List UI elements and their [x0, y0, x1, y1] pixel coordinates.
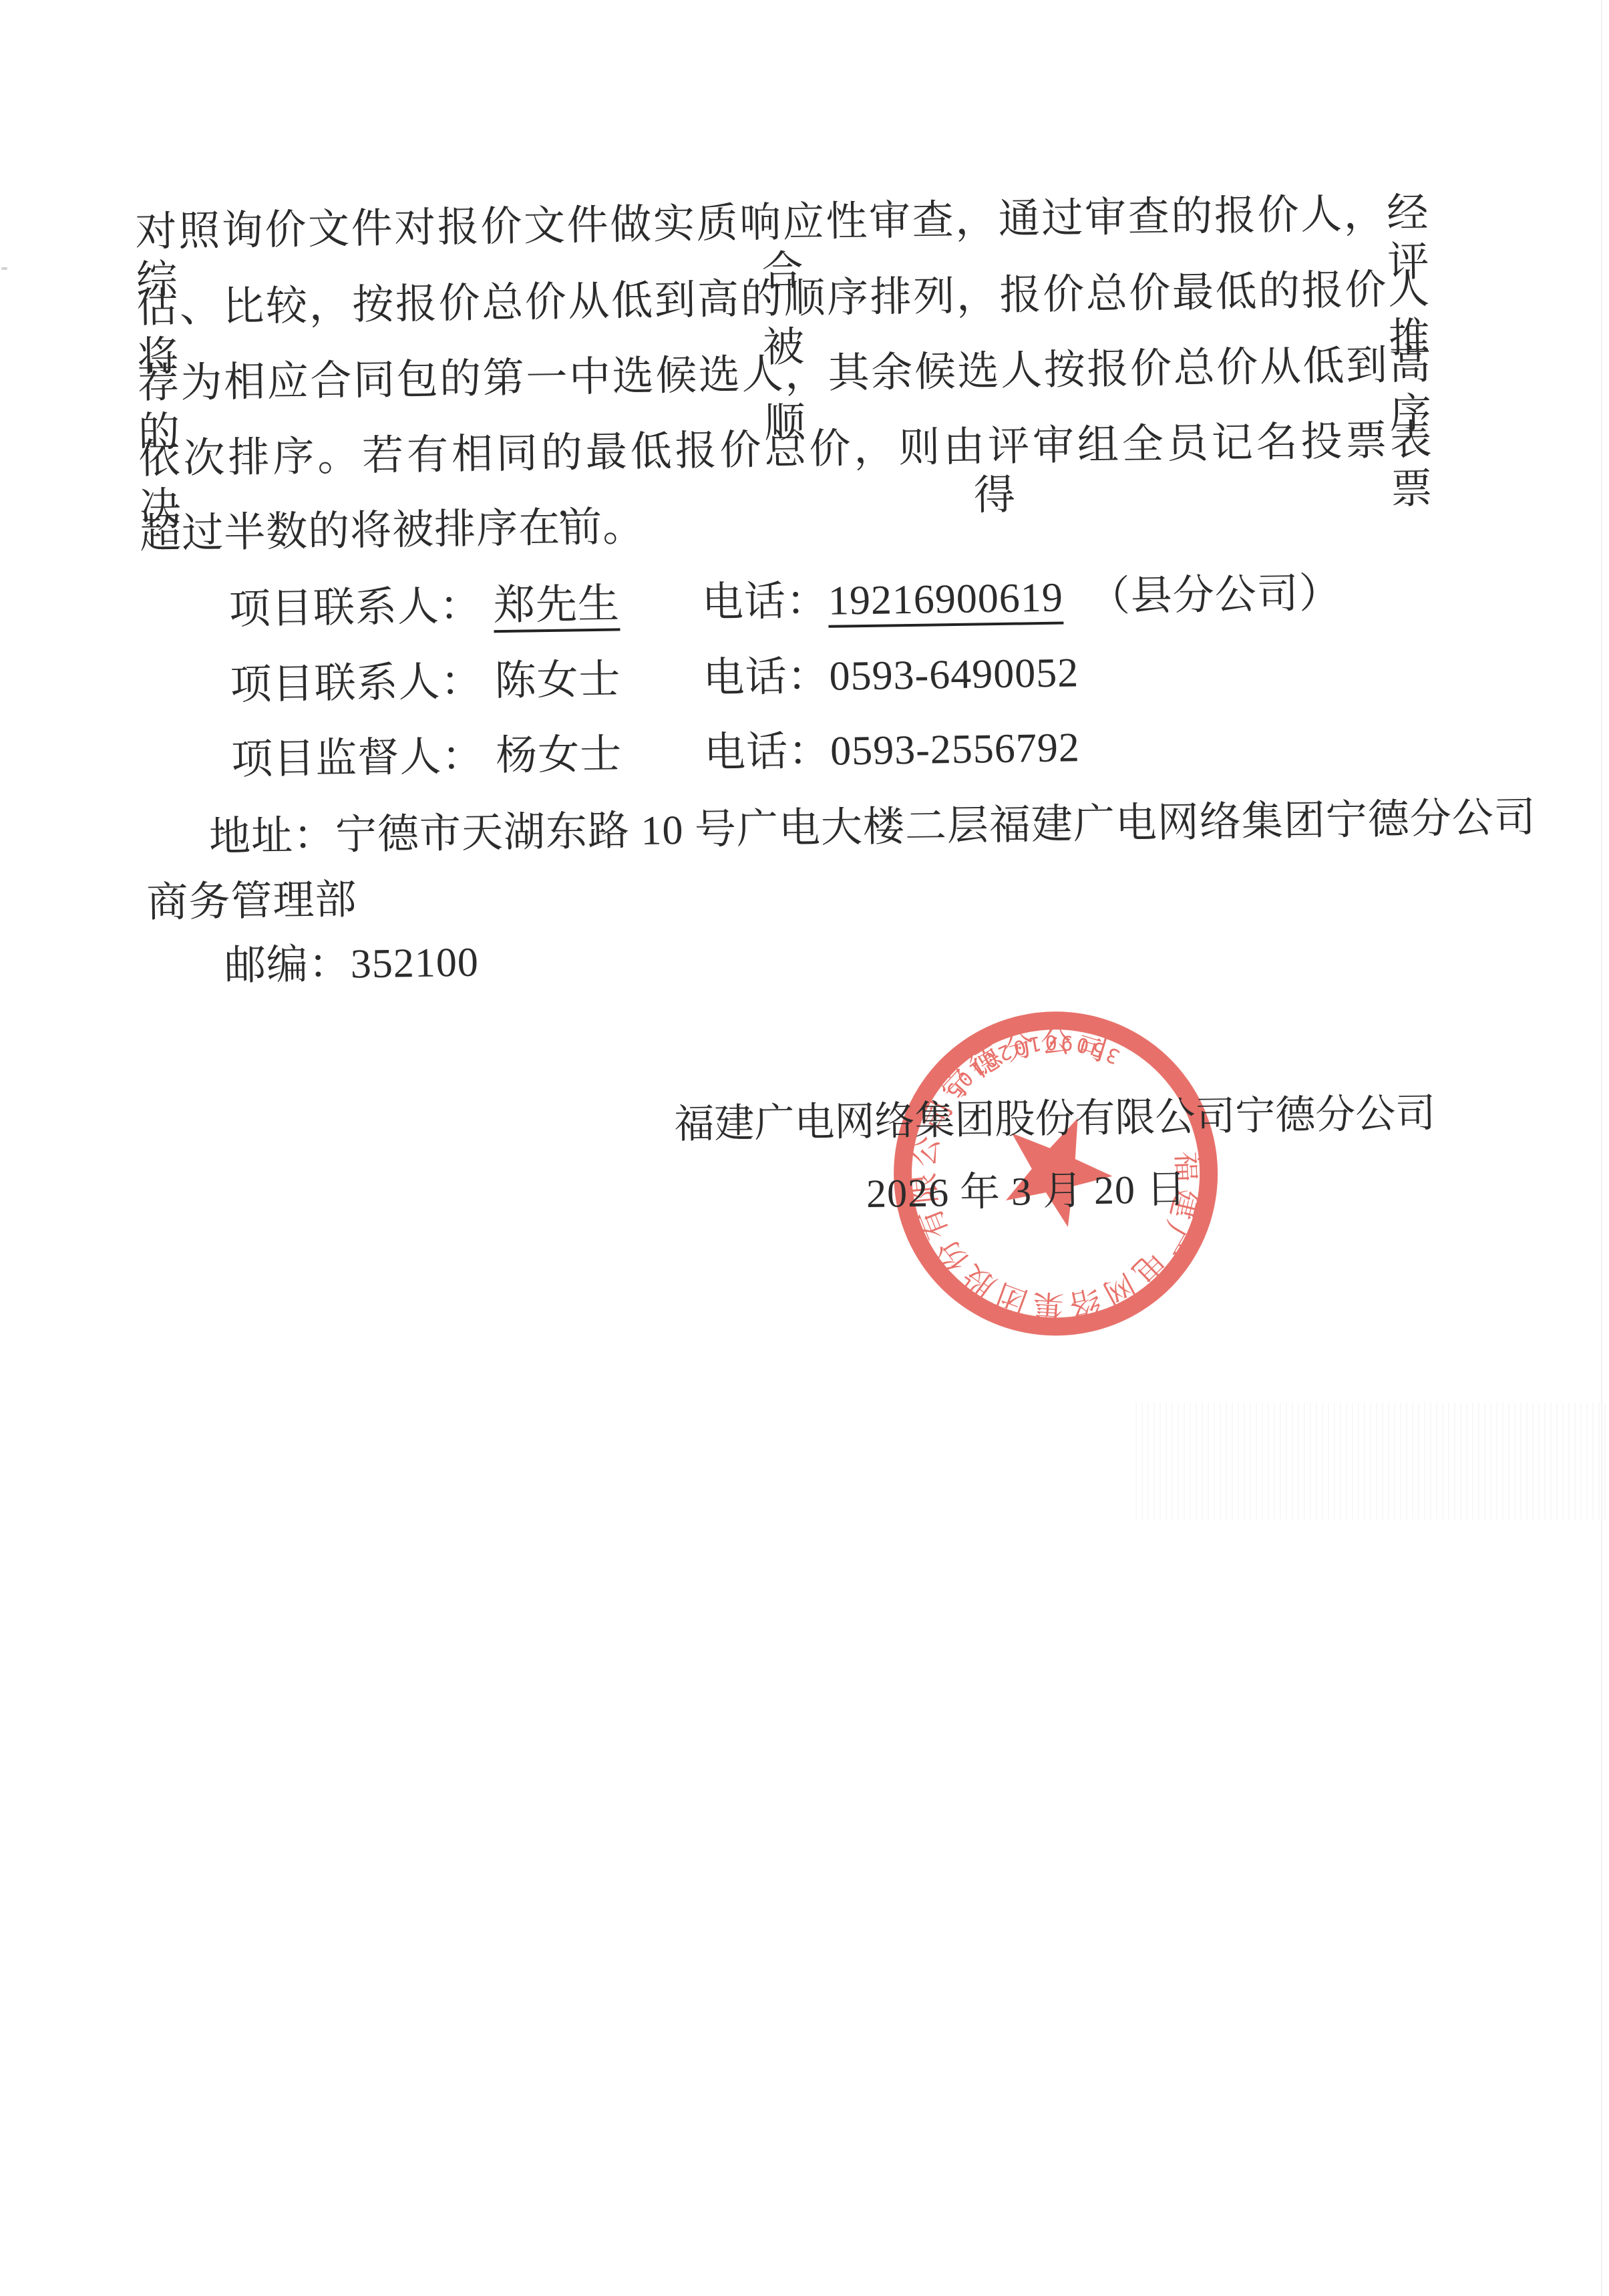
document-content: 对照询价文件对报价文件做实质响应性审查，通过审查的报价人，经综合评 估、比较，按… — [0, 0, 1609, 2296]
phone-number-underlined: 19216900619 — [828, 575, 1063, 628]
address-label: 地址： — [209, 813, 336, 860]
contact-label: 项目监督人： — [231, 733, 484, 783]
phone-label: 电话： — [701, 579, 828, 626]
scan-speck — [1, 267, 7, 270]
postal-label: 邮编： — [224, 941, 351, 989]
phone-note: （县分公司） — [1088, 570, 1341, 620]
scan-edge-line — [1601, 0, 1602, 2296]
address-text: 宁德市天湖东路 10 号广电大楼二层福建广电网络集团宁德分公司 — [335, 795, 1537, 858]
contact-row-2: 项目联系人：陈女士 电话：0593-6490052 — [230, 643, 1453, 710]
contact-phone-part: 电话：0593-2556792 — [704, 723, 1081, 778]
contact-name: 杨女士 — [496, 731, 622, 779]
contact-name: 陈女士 — [494, 657, 621, 704]
contact-label: 项目联系人： — [230, 659, 483, 708]
address-line: 地址：宁德市天湖东路 10 号广电大楼二层福建广电网络集团宁德分公司 — [208, 794, 1536, 862]
contact-name-underlined: 郑先生 — [493, 581, 620, 633]
scan-streaks — [1135, 1403, 1606, 1520]
contact-row-3: 项目监督人：杨女士 电话：0593-2556792 — [231, 718, 1454, 785]
contact-phone-part: 电话：19216900619（县分公司） — [701, 569, 1341, 627]
signature-company: 福建广电网络集团股份有限公司宁德分公司 — [674, 1090, 1426, 1148]
postal-line: 邮编：352100 — [224, 939, 479, 991]
scanned-document: { "page": { "background": "#ffffff", "te… — [0, 0, 1609, 2296]
document-page: 对照询价文件对报价文件做实质响应性审查，通过审查的报价人，经综合评 估、比较，按… — [0, 0, 1609, 2296]
phone-label: 电话： — [703, 654, 830, 701]
contact-phone-part: 电话：0593-6490052 — [703, 649, 1079, 703]
postal-code: 352100 — [350, 940, 479, 987]
phone-number: 0593-6490052 — [829, 650, 1079, 699]
signature-date: 2026 年 3 月 20 日 — [866, 1166, 1169, 1217]
address-line-2: 商务管理部 — [146, 876, 357, 928]
contact-label: 项目联系人： — [228, 583, 482, 633]
phone-label: 电话： — [704, 729, 831, 776]
phone-number: 0593-2556792 — [830, 725, 1081, 774]
contact-row-1: 项目联系人：郑先生 电话：19216900619（县分公司） — [228, 568, 1451, 635]
